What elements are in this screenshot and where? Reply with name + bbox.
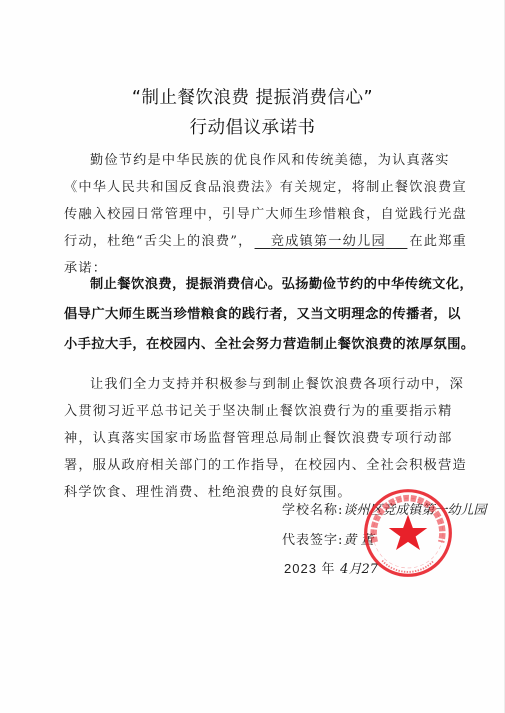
official-seal-stamp xyxy=(362,487,454,579)
school-name-fill: 竞成镇第一幼儿园 xyxy=(253,234,410,249)
paragraph-call: 让我们全力支持并积极参与到制止餐饮浪费各项行动中，深 入贯彻习近平总书记关于坚决… xyxy=(64,371,440,506)
paragraph-line: 署，服从政府相关部门的工作指导，在校园内、全社会积极营造 xyxy=(64,452,440,479)
paragraph-pledge: 制止餐饮浪费，提振消费信心。弘扬勤俭节约的中华传统文化， 倡导广大师生既当珍惜粮… xyxy=(64,270,440,360)
date-year: 2023 年 xyxy=(284,561,336,576)
representative-signature-row: 代表签字:黄 董 xyxy=(282,529,374,548)
paragraph-line: 传融入校园日常管理中，引导广大师生珍惜粮食，自觉践行光盘 xyxy=(64,201,440,228)
paragraph-line: 小手拉大手，在校园内、全社会努力营造制止餐饮浪费的浓厚氛围。 xyxy=(64,330,440,360)
signature-label: 代表签字: xyxy=(282,533,343,548)
paragraph-line: 倡导广大师生既当珍惜粮食的践行者，又当文明理念的传播者，以 xyxy=(64,300,440,330)
document-subtitle: 行动倡议承诺书 xyxy=(0,114,505,139)
document-page: “制止餐饮浪费 提振消费信心” 行动倡议承诺书 勤俭节约是中华民族的优良作风和传… xyxy=(0,0,505,713)
paragraph-intro: 勤俭节约是中华民族的优良作风和传统美德，为认真落实 《中华人民共和国反食品浪费法… xyxy=(64,147,440,282)
school-name-text: 竞成镇第一幼儿园 xyxy=(271,234,386,249)
paragraph-line: 《中华人民共和国反食品浪费法》有关规定，将制止餐饮浪费宣 xyxy=(64,174,440,201)
star-icon xyxy=(389,515,427,550)
school-name-label: 学校名称: xyxy=(282,503,343,518)
line-suffix: 在此郑重 xyxy=(409,234,467,249)
paragraph-line: 入贯彻习近平总书记关于坚决制止餐饮浪费行为的重要指示精 xyxy=(64,398,440,425)
paragraph-line: 让我们全力支持并积极参与到制止餐饮浪费各项行动中，深 xyxy=(64,371,440,398)
paragraph-line: 制止餐饮浪费，提振消费信心。弘扬勤俭节约的中华传统文化， xyxy=(64,270,440,300)
line-prefix: 行动，杜绝“舌尖上的浪费”， xyxy=(64,234,253,249)
paragraph-line: 勤俭节约是中华民族的优良作风和传统美德，为认真落实 xyxy=(64,147,440,174)
paragraph-line: 神，认真落实国家市场监督管理总局制止餐饮浪费专项行动部 xyxy=(64,425,440,452)
paragraph-line: 行动，杜绝“舌尖上的浪费”， 竞成镇第一幼儿园 在此郑重 xyxy=(64,228,440,255)
document-title: “制止餐饮浪费 提振消费信心” xyxy=(0,84,505,109)
